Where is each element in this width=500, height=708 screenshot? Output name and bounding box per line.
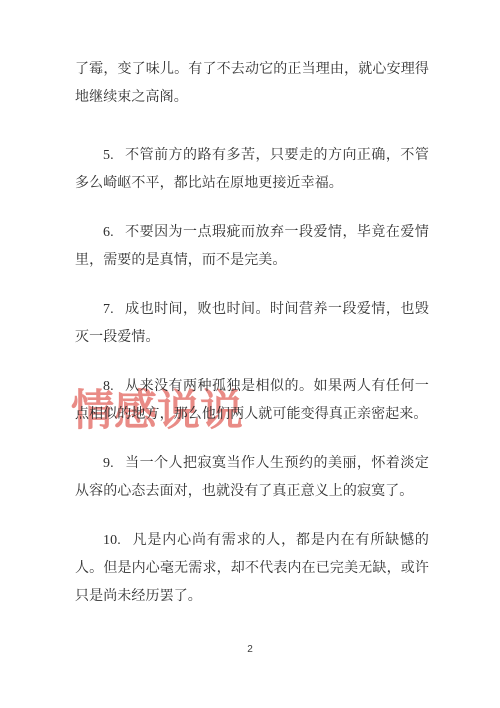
paragraph-text: 成也时间，败也时间。时间营养一段爱情，也毁灭一段爱情。 — [75, 302, 429, 345]
page-number: 2 — [0, 644, 500, 656]
paragraph-7: 7.成也时间，败也时间。时间营养一段爱情，也毁灭一段爱情。 — [75, 296, 429, 352]
paragraph-continuation: 了霉，变了味儿。有了不去动它的正当理由，就心安理得地继续束之高阁。 — [75, 56, 429, 112]
paragraph-text: 不要因为一点瑕疵而放弃一段爱情，毕竟在爱情里，需要的是真情，而不是完美。 — [75, 225, 429, 268]
list-number: 8. — [103, 373, 114, 401]
paragraph-text: 当一个人把寂寞当作人生预约的美丽，怀着淡定从容的心态去面对，也就没有了真正意义上… — [75, 456, 429, 499]
list-number: 6. — [103, 219, 114, 247]
document-body: 了霉，变了味儿。有了不去动它的正当理由，就心安理得地继续束之高阁。 5.不管前方… — [75, 56, 429, 632]
list-number: 10. — [103, 527, 121, 555]
paragraph-text: 凡是内心尚有需求的人，都是内在有所缺憾的人。但是内心毫无需求，却不代表内在已完美… — [75, 533, 429, 604]
list-number: 7. — [103, 296, 114, 324]
paragraph-text: 从来没有两种孤独是相似的。如果两人有任何一点相似的地方，那么他们两人就可能变得真… — [75, 379, 429, 422]
paragraph-6: 6.不要因为一点瑕疵而放弃一段爱情，毕竟在爱情里，需要的是真情，而不是完美。 — [75, 219, 429, 275]
paragraph-5: 5.不管前方的路有多苦，只要走的方向正确，不管多么崎岖不平，都比站在原地更接近幸… — [75, 142, 429, 198]
paragraph-text: 不管前方的路有多苦，只要走的方向正确，不管多么崎岖不平，都比站在原地更接近幸福。 — [75, 148, 429, 191]
document-page: 情感说说 了霉，变了味儿。有了不去动它的正当理由，就心安理得地继续束之高阁。 5… — [0, 0, 500, 708]
paragraph-text: 了霉，变了味儿。有了不去动它的正当理由，就心安理得地继续束之高阁。 — [75, 62, 429, 105]
list-number: 5. — [103, 142, 114, 170]
list-number: 9. — [103, 450, 114, 478]
paragraph-9: 9.当一个人把寂寞当作人生预约的美丽，怀着淡定从容的心态去面对，也就没有了真正意… — [75, 450, 429, 506]
paragraph-8: 8.从来没有两种孤独是相似的。如果两人有任何一点相似的地方，那么他们两人就可能变… — [75, 373, 429, 429]
paragraph-10: 10.凡是内心尚有需求的人，都是内在有所缺憾的人。但是内心毫无需求，却不代表内在… — [75, 527, 429, 611]
